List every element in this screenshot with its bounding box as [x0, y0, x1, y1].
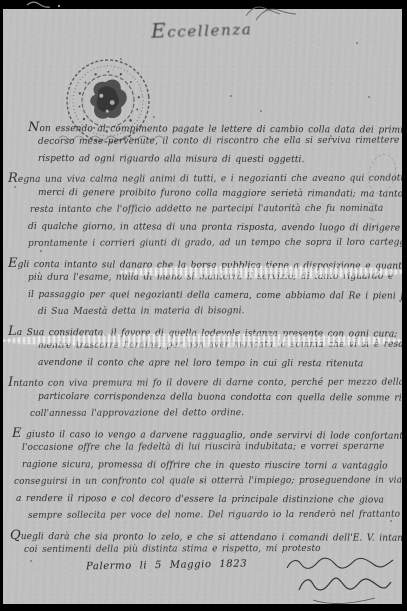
scan-speck — [30, 560, 32, 562]
scan-speck — [60, 330, 62, 332]
scan-speck — [200, 480, 202, 482]
handwritten-line: decorso mese pervenute, il conto di risc… — [38, 136, 402, 154]
signature-scribble — [283, 552, 402, 604]
salutation-text: Eccellenza — [151, 15, 253, 43]
handwritten-line: di Sua Maestà detta in materia di bisogn… — [38, 306, 402, 324]
dateline-text: Palermo li 5 Maggio 1823 — [86, 559, 247, 573]
scan-speck — [260, 110, 262, 112]
scan-speck — [390, 520, 392, 522]
scan-speck — [14, 186, 16, 188]
handwritten-line: l'occasione offre che la fedeltà di lui … — [22, 442, 402, 460]
handwritten-line: resta intanto che l'officio addetto ne p… — [30, 204, 402, 222]
handwritten-line: prontamente i corrieri giunti di grado, … — [28, 238, 402, 256]
handwritten-line: Intanto con viva premura mi fo il dovere… — [8, 374, 402, 392]
letter-paper: Eccellenza N — [3, 9, 402, 604]
handwritten-line: Regna una viva calma negli animi di tutt… — [8, 170, 402, 188]
scan-speck — [399, 300, 401, 302]
scan-speck — [372, 226, 374, 228]
handwritten-line: sempre sollecita per voce del nome. Del … — [28, 510, 402, 528]
pencil-mark-top-left — [26, 0, 62, 10]
scan-speck — [356, 42, 358, 44]
scan-speck — [120, 58, 122, 60]
scan-speck — [368, 96, 370, 98]
scan-speck — [330, 135, 332, 137]
handwritten-line: coll'annessa l'approvazione del detto or… — [30, 408, 402, 426]
stamp-center-emblem — [88, 78, 129, 121]
scan-speck — [380, 460, 382, 462]
handwritten-line: conseguirsi in un confronto col quale si… — [14, 476, 402, 494]
scan-streak-artifact — [3, 334, 402, 347]
margin-scribble — [365, 150, 402, 222]
scan-speck — [40, 250, 42, 252]
scanned-letter-page: Eccellenza N — [0, 0, 407, 611]
pencil-mark-top-right — [244, 0, 308, 24]
scan-speck — [230, 95, 232, 97]
scan-streak-artifact — [120, 266, 402, 278]
scan-speck — [153, 116, 155, 118]
